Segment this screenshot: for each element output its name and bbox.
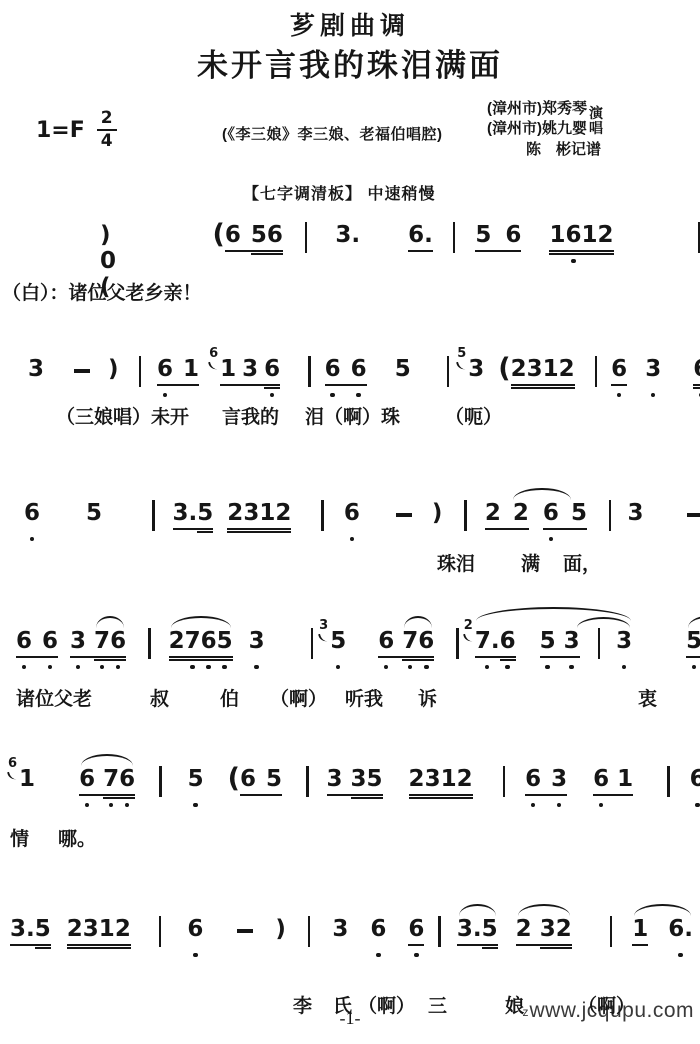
note-group: 6 [690, 766, 700, 809]
note-group: 2312 [409, 766, 473, 809]
slur-group: 16. [632, 916, 693, 959]
note-cell: 1 [99, 916, 115, 959]
beam-lines [16, 654, 32, 663]
note-group: 76 [94, 628, 126, 671]
note-digit: 5 [197, 500, 213, 526]
note-cell [394, 628, 402, 671]
beam-lines [378, 654, 394, 663]
octave-dot [384, 663, 389, 671]
note-cell: 6 [525, 766, 541, 809]
note-group: 3 [70, 628, 94, 671]
note-cell: 3 [327, 766, 343, 809]
note-digit [341, 356, 351, 382]
note-digit: 2 [511, 356, 527, 382]
note-group: 76 [402, 628, 434, 671]
beam-lines [645, 382, 661, 391]
note-cell: 7. [475, 628, 500, 671]
note-group: 2312 [511, 356, 575, 399]
note-cell: 7 [94, 628, 110, 671]
note-group: 56 [475, 222, 521, 265]
lyric: 泪（啊）珠 [305, 402, 400, 429]
note-digit: 2 [457, 766, 473, 792]
beam-lines [532, 942, 540, 951]
note-digit: 3 [28, 356, 44, 382]
beam-lines [408, 248, 433, 257]
note-group: 1612 [549, 222, 613, 265]
note-digit: 6 [378, 628, 394, 654]
beam-lines [501, 526, 513, 535]
octave-dot [109, 801, 114, 809]
note-cell [341, 356, 351, 399]
beam-lines [543, 526, 559, 535]
note-digit: 2 [513, 500, 529, 526]
lyric: 娘 [505, 991, 524, 1018]
note-cell: 2 [511, 356, 527, 399]
beam-lines [693, 382, 700, 391]
beam-lines [491, 248, 505, 257]
beam-lines [275, 526, 291, 535]
note-digit: 2 [556, 916, 572, 942]
grace-slur-icon [7, 770, 18, 781]
note-group: 61 [693, 356, 700, 399]
note-cell: 6 [240, 766, 256, 809]
note-cell: 3 [564, 628, 580, 671]
beam-lines [409, 792, 425, 801]
octave-dot [599, 801, 604, 809]
note-digit: 3 [425, 766, 441, 792]
note-cell: 5 [86, 500, 102, 543]
beam-lines [540, 942, 556, 951]
note-digit: 6 [225, 222, 241, 248]
note-digit: 7 [402, 628, 418, 654]
beam-lines [264, 382, 280, 391]
note-cell: 2 [485, 500, 501, 543]
barline [305, 222, 308, 253]
octave-dot [549, 535, 554, 543]
note-digit: 3. [335, 222, 360, 248]
beam-lines [559, 526, 571, 535]
sheet-music-page: 芗剧曲调 未开言我的珠泪满面 1=F 2 4 (《李三娘》李三娘、老福伯唱腔) … [0, 0, 700, 1044]
lyric: 满 [521, 549, 540, 576]
grace-slur-icon [463, 632, 474, 643]
score-line-6: 3.523126)3663.523216. [0, 916, 700, 959]
note-group: 2312 [227, 500, 291, 543]
note-cell: 5 [395, 356, 411, 399]
lyric: （呃） [445, 402, 502, 429]
score-line-5: 616765(653352312636165 [0, 766, 700, 809]
beam-lines [425, 792, 441, 801]
performer-1: (漳州市)郑秀琴 [487, 99, 587, 119]
note-group: 3 [332, 916, 348, 959]
note-cell: 6 [418, 628, 434, 671]
note-digit [541, 766, 551, 792]
note-cell: 3. [457, 916, 482, 959]
note-cell: 2 [409, 766, 425, 809]
octave-dot [85, 801, 90, 809]
note-digit: 6. [668, 916, 693, 942]
beam-lines [332, 942, 348, 951]
note-digit: 6 [565, 222, 581, 248]
beam-lines [103, 792, 119, 801]
rest-symbol: ) [275, 916, 286, 942]
note-digit: 2 [409, 766, 425, 792]
beam-lines [609, 792, 617, 801]
note-digit: 6 [690, 766, 700, 792]
duration-dash [74, 369, 90, 373]
octave-dot [408, 663, 413, 671]
beam-lines [188, 792, 204, 801]
octave-dot [116, 663, 121, 671]
note-digit: 6 [611, 356, 627, 382]
song-title: 未开言我的珠泪满面 [0, 40, 700, 85]
octave-dot [531, 801, 536, 809]
note-digit: 6 [240, 766, 256, 792]
beam-lines [32, 654, 42, 663]
lyric: （啊） [270, 684, 327, 711]
note-digit [343, 766, 351, 792]
octave-dot [569, 663, 574, 671]
note-digit: 6 [693, 356, 700, 382]
transcriber: 陈 彬记谱 [487, 139, 603, 160]
note-digit: 7 [185, 628, 201, 654]
beam-lines [10, 942, 35, 951]
note-cell: 6 [16, 628, 32, 671]
beam-lines [335, 248, 360, 257]
beam-lines [185, 654, 201, 663]
beam-lines [35, 942, 51, 951]
note-cell: 5 [330, 628, 346, 671]
beam-lines [556, 654, 564, 663]
note-cell: 6 [79, 766, 95, 809]
note-cell: 6 [611, 356, 627, 399]
note-group: 5 [330, 628, 346, 671]
beam-lines [327, 792, 343, 801]
note-digit: 6 [24, 500, 40, 526]
note-digit: 5 [475, 222, 491, 248]
note-digit: 2 [227, 500, 243, 526]
note-cell: 6 [325, 356, 341, 399]
note-group: 6. [668, 916, 693, 959]
slur-group: 533 [540, 628, 633, 671]
note-cell: 6 [187, 916, 203, 959]
note-group: 3 [645, 356, 661, 399]
beam-lines [173, 382, 183, 391]
note-cell: 5 [266, 766, 282, 809]
time-denominator: 4 [97, 129, 117, 150]
rest-symbol: ) [108, 356, 119, 382]
note-cell: 6 [543, 500, 559, 543]
note-digit: 6. [408, 222, 433, 248]
note-cell [556, 628, 564, 671]
beam-lines [220, 382, 236, 391]
note-digit: 2 [67, 916, 83, 942]
beam-lines [341, 382, 351, 391]
note-digit: 2 [275, 500, 291, 526]
note-group: 6 [378, 628, 402, 671]
note-digit [501, 500, 513, 526]
note-digit: 6 [325, 356, 341, 382]
beam-lines [242, 382, 258, 391]
beam-lines [79, 792, 95, 801]
note-group: 335 [327, 766, 383, 809]
beam-lines [565, 248, 581, 257]
genre-title: 芗剧曲调 [0, 6, 700, 42]
note-group: 1 [632, 916, 648, 959]
note-group: 6 [24, 500, 40, 543]
note-group: 3.5 [457, 916, 498, 959]
note-digit: 3. [173, 500, 198, 526]
beam-lines [527, 382, 543, 391]
beam-lines [441, 792, 457, 801]
note-cell: 3 [28, 356, 44, 399]
note-digit: 5 [686, 628, 700, 654]
note-digit: 6 [500, 628, 516, 654]
note-group: 6 [408, 916, 424, 959]
tempo-marking: 【七字调清板】 中速稍慢 [243, 181, 435, 204]
note-digit: 3 [527, 356, 543, 382]
beam-lines [267, 248, 283, 257]
beam-lines [217, 654, 233, 663]
beam-lines [457, 792, 473, 801]
lyric: 李 [293, 991, 312, 1018]
note-digit: 1 [549, 222, 565, 248]
duration-dash [687, 513, 700, 517]
grace-slur-icon [208, 360, 219, 371]
beam-lines [556, 942, 572, 951]
note-digit: 3. [10, 916, 35, 942]
note-cell: 1 [581, 222, 597, 265]
note-digit: 5 [251, 222, 267, 248]
beam-lines [259, 526, 275, 535]
note-digit: 3 [540, 916, 556, 942]
octave-dot [505, 663, 510, 671]
note-digit [394, 628, 402, 654]
lyric: 叔 [150, 684, 169, 711]
note-cell [541, 766, 551, 809]
note-digit: 2 [597, 222, 613, 248]
note-digit: 3 [468, 356, 484, 382]
lyric: （啊） [358, 991, 415, 1018]
note-group: 5 [395, 356, 411, 399]
beam-lines [344, 526, 360, 535]
beam-lines [581, 248, 597, 257]
note-cell: 2 [516, 916, 532, 959]
beam-lines [418, 654, 434, 663]
note-digit: 2 [115, 916, 131, 942]
phrase-paren: ( [228, 766, 240, 792]
beam-lines [183, 382, 199, 391]
note-group: 6 [79, 766, 103, 809]
note-cell: 3 [527, 356, 543, 399]
barline [453, 222, 456, 253]
note-digit: 6 [157, 356, 173, 382]
note-group: 3 [468, 356, 484, 399]
time-signature: 2 4 [97, 110, 117, 150]
note-digit [86, 628, 94, 654]
beam-lines [24, 526, 40, 535]
note-cell: 3 [70, 628, 86, 671]
note-cell: 3 [83, 916, 99, 959]
note-digit: 3 [249, 628, 265, 654]
note-cell: 6. [408, 222, 433, 265]
note-digit: 6 [79, 766, 95, 792]
note-cell: 6 [267, 222, 283, 265]
beam-lines [668, 942, 693, 951]
note-digit: 6 [408, 916, 424, 942]
time-numerator: 2 [97, 110, 117, 129]
note-cell: 6 [351, 356, 367, 399]
beam-lines [611, 382, 627, 391]
barline [311, 628, 314, 659]
beam-lines [157, 382, 173, 391]
note-cell [95, 766, 103, 809]
note-digit: 6 [543, 500, 559, 526]
note-cell: 5 [217, 628, 233, 671]
octave-dot [617, 391, 622, 399]
note-group: 6. [408, 222, 433, 265]
barline [152, 500, 155, 531]
note-cell: 6 [264, 356, 280, 399]
beam-lines [627, 526, 643, 535]
note-cell: 3 [425, 766, 441, 809]
octave-dot [193, 951, 198, 959]
note-digit: 2 [485, 500, 501, 526]
beam-lines [28, 382, 44, 391]
note-cell: 3 [468, 356, 484, 399]
lyric: 听我 [345, 684, 383, 711]
note-digit: 6 [264, 356, 280, 382]
slur-group: 2265 [485, 500, 587, 543]
note-cell [86, 628, 94, 671]
note-cell: 2 [115, 916, 131, 959]
note-cell: 1 [632, 916, 648, 959]
grace-note: 5 [457, 347, 466, 370]
beam-lines [266, 792, 282, 801]
barline [139, 356, 142, 387]
note-cell: 5 [251, 222, 267, 265]
note-group: 656 [225, 222, 283, 265]
key-label: 1=F [36, 118, 85, 143]
note-group: 53 [540, 628, 580, 671]
note-cell: 1 [259, 500, 275, 543]
barline [148, 628, 151, 659]
note-digit: 3 [243, 500, 259, 526]
note-group: 7.6 [475, 628, 516, 671]
note-cell: 6 [344, 500, 360, 543]
octave-dot [622, 663, 627, 671]
octave-dot [695, 801, 700, 809]
note-digit: 6 [267, 222, 283, 248]
note-cell [491, 222, 505, 265]
grace-digit: 6 [8, 757, 17, 770]
barline [610, 916, 613, 947]
note-group: 6 [344, 500, 360, 543]
beam-lines [351, 382, 367, 391]
lyric: （白）：诸位父老乡亲！ [2, 278, 202, 305]
beam-lines [540, 654, 556, 663]
note-digit [256, 766, 266, 792]
octave-dot [485, 663, 490, 671]
note-digit [556, 628, 564, 654]
lyric: 衷 [638, 684, 657, 711]
note-digit: 1 [19, 766, 35, 792]
beam-lines [475, 248, 491, 257]
duration-dash [396, 513, 412, 517]
beam-lines [686, 654, 700, 663]
lyric: 哪。 [58, 824, 96, 851]
note-cell: 6 [693, 356, 700, 399]
note-cell: 2 [457, 766, 473, 809]
note-group: 66 [16, 628, 58, 671]
note-cell: 6 [119, 766, 135, 809]
octave-dot [270, 391, 275, 399]
octave-dot [557, 801, 562, 809]
note-cell: 6 [157, 356, 173, 399]
note-digit: 2 [559, 356, 575, 382]
octave-dot [254, 663, 259, 671]
beam-lines [197, 526, 213, 535]
phrase-paren: ( [498, 356, 510, 382]
note-cell: 3 [616, 628, 632, 671]
grace-note: 6 [8, 757, 17, 780]
beam-lines [500, 654, 516, 663]
beam-lines [593, 792, 609, 801]
octave-dot [571, 257, 576, 265]
note-group: 61 [593, 766, 633, 809]
rest-symbol: ) [432, 500, 443, 526]
note-cell: 6 [225, 222, 241, 265]
barline [609, 500, 612, 531]
beam-lines [243, 526, 259, 535]
note-group: 2765 [169, 628, 233, 671]
octave-dot [30, 535, 35, 543]
note-cell: 3. [173, 500, 198, 543]
beam-lines [617, 792, 633, 801]
note-cell: 2 [169, 628, 185, 671]
beam-lines [597, 248, 613, 257]
beam-lines [505, 248, 521, 257]
note-group: 232 [516, 916, 572, 959]
beam-lines [564, 654, 580, 663]
note-digit: 5 [330, 628, 346, 654]
note-digit: 3 [70, 628, 86, 654]
beam-lines [468, 382, 484, 391]
note-digit: 5 [266, 766, 282, 792]
note-group: 136 [220, 356, 280, 399]
note-cell: 6. [668, 916, 693, 959]
note-digit: 7. [475, 628, 500, 654]
note-digit: 2 [516, 916, 532, 942]
note-group: 22 [485, 500, 529, 543]
beam-lines [325, 382, 341, 391]
barline [159, 766, 162, 797]
note-digit [559, 500, 571, 526]
note-digit: 3 [351, 766, 367, 792]
note-digit [491, 222, 505, 248]
octave-dot [678, 951, 683, 959]
beam-lines [249, 654, 265, 663]
note-cell: 1 [183, 356, 199, 399]
note-cell: 5 [482, 916, 498, 959]
note-cell [609, 766, 617, 809]
note-cell: 1 [543, 356, 559, 399]
note-digit: 5 [217, 628, 233, 654]
note-digit: 6 [351, 356, 367, 382]
note-cell: 5 [475, 222, 491, 265]
beam-lines [94, 654, 110, 663]
note-cell: 1 [549, 222, 565, 265]
octave-dot [222, 663, 227, 671]
